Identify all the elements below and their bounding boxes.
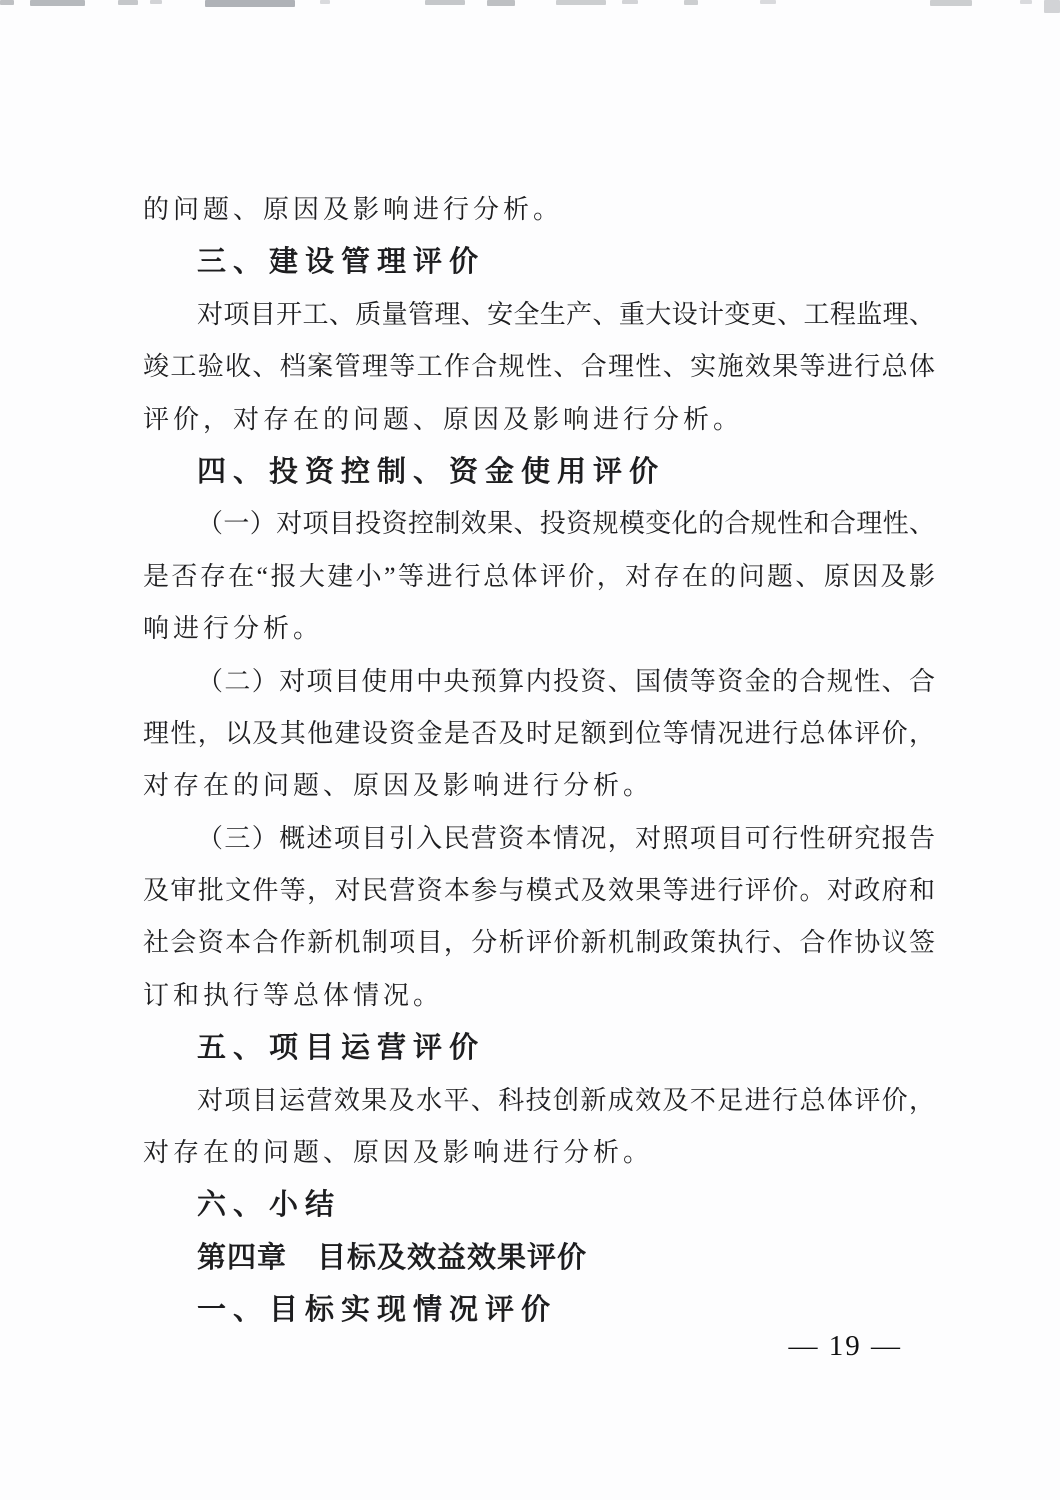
scan-artifact <box>556 0 606 5</box>
document-line: 理性，以及其他建设资金是否及时足额到位等情况进行总体评价， <box>143 708 935 760</box>
scan-artifact <box>425 0 465 5</box>
scan-artifact <box>487 0 515 6</box>
document-line: 对存在的问题、原因及影响进行分析。 <box>143 1127 935 1179</box>
document-line: 五、项目运营评价 <box>143 1022 935 1074</box>
scan-artifact <box>930 0 972 6</box>
document-line: 是否存在“报大建小”等进行总体评价，对存在的问题、原因及影 <box>143 551 935 603</box>
page-number: — 19 — <box>789 1330 903 1363</box>
scan-artifact <box>205 0 295 7</box>
document-line: （三）概述项目引入民营资本情况，对照项目可行性研究报告 <box>143 813 935 865</box>
document-line: 响进行分析。 <box>143 603 935 655</box>
document-line: 三、建设管理评价 <box>143 236 935 288</box>
document-line: 及审批文件等，对民营资本参与模式及效果等进行评价。对政府和 <box>143 865 935 917</box>
document-line: （二）对项目使用中央预算内投资、国债等资金的合规性、合 <box>143 656 935 708</box>
document-line: 第四章 目标及效益效果评价 <box>143 1232 935 1284</box>
scan-artifact <box>684 0 698 5</box>
scan-artifact-strip <box>0 0 1060 16</box>
document-body: 的问题、原因及影响进行分析。三、建设管理评价对项目开工、质量管理、安全生产、重大… <box>143 184 935 1337</box>
document-line: 订和执行等总体情况。 <box>143 970 935 1022</box>
document-line: 对项目开工、质量管理、安全生产、重大设计变更、工程监理、 <box>143 289 935 341</box>
scan-artifact <box>118 0 138 5</box>
document-page: 的问题、原因及影响进行分析。三、建设管理评价对项目开工、质量管理、安全生产、重大… <box>0 0 1060 1500</box>
scan-artifact <box>150 0 162 4</box>
document-line: 对存在的问题、原因及影响进行分析。 <box>143 760 935 812</box>
scan-artifact <box>1020 0 1032 4</box>
document-line: （一）对项目投资控制效果、投资规模变化的合规性和合理性、 <box>143 498 935 550</box>
document-line: 评价，对存在的问题、原因及影响进行分析。 <box>143 394 935 446</box>
document-line: 四、投资控制、资金使用评价 <box>143 446 935 498</box>
scan-artifact <box>320 0 330 4</box>
document-line: 对项目运营效果及水平、科技创新成效及不足进行总体评价， <box>143 1075 935 1127</box>
scan-artifact <box>760 0 776 4</box>
scan-artifact <box>0 0 14 5</box>
document-line: 六、小结 <box>143 1179 935 1231</box>
document-line: 一、目标实现情况评价 <box>143 1284 935 1336</box>
scan-artifact <box>622 0 638 4</box>
scan-artifact <box>30 0 85 6</box>
scan-artifact <box>1044 0 1060 13</box>
document-line: 竣工验收、档案管理等工作合规性、合理性、实施效果等进行总体 <box>143 341 935 393</box>
document-line: 社会资本合作新机制项目，分析评价新机制政策执行、合作协议签 <box>143 917 935 969</box>
document-line: 的问题、原因及影响进行分析。 <box>143 184 935 236</box>
